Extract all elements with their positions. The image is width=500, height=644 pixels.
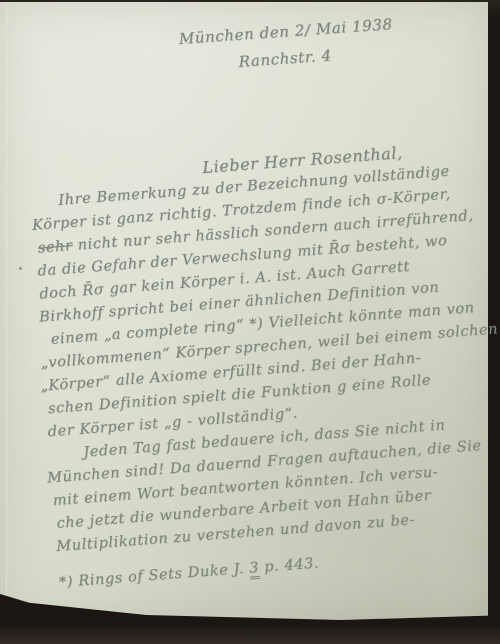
letter-body: Lieber Herr Rosenthal, Ihre Bemerkung zu… bbox=[16, 135, 500, 596]
struck-word: sehr bbox=[37, 238, 73, 257]
footnote-page: p. 443. bbox=[258, 555, 319, 575]
paper-crease bbox=[6, 2, 7, 620]
stray-ink-dot bbox=[19, 267, 22, 270]
scanned-letter-photo: München den 2/ Mai 1938 Ranchstr. 4 Lieb… bbox=[0, 0, 500, 644]
